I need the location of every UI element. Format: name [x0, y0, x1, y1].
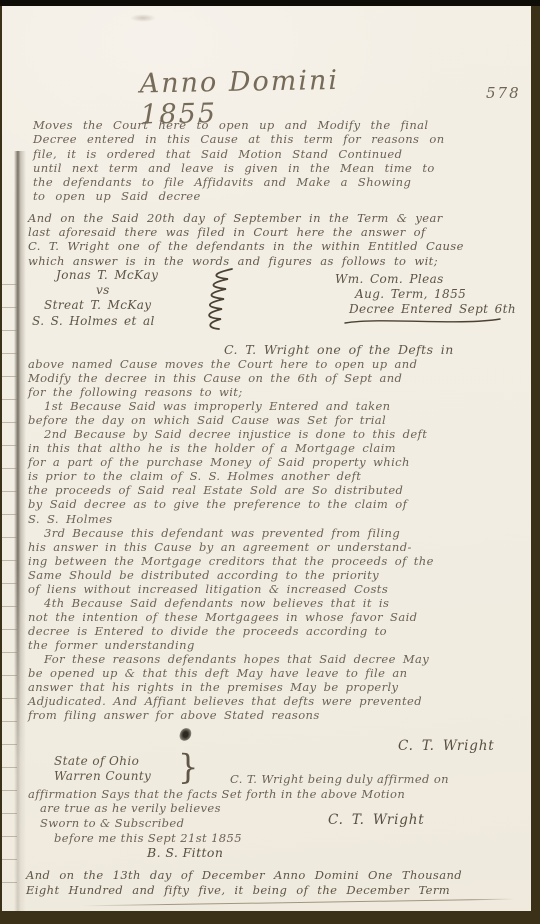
jurat-brace: } — [178, 747, 198, 787]
handwritten-line: Adjudicated. And Affiant believes that d… — [28, 694, 434, 708]
reason-line-first: 1st Because Said was improperly Entered … — [44, 399, 434, 413]
handwritten-line: for the following reasons to wit; — [28, 385, 434, 399]
smudge-mark — [130, 14, 156, 22]
handwritten-line: the former understanding — [28, 638, 434, 652]
defendant-name: S. S. Holmes et al — [32, 314, 158, 329]
versus-label: vs — [96, 283, 158, 298]
handwritten-line: which answer is in the words and figures… — [28, 254, 464, 268]
handwritten-line: the proceeds of Said real Estate Sold ar… — [28, 483, 434, 497]
coil-brace-flourish — [206, 266, 234, 332]
ruled-line-stubs — [2, 262, 17, 897]
jurat-venue: State of Ohio Warren County — [54, 754, 151, 783]
handwritten-line: be opened up & that this deft May have l… — [28, 666, 434, 680]
handwritten-line: file, it is ordered that Said Motion Sta… — [33, 147, 445, 161]
motion-intro-line: C. T. Wright one of the Defts in — [224, 342, 454, 357]
handwritten-line: Moves the Court here to open up and Modi… — [33, 118, 445, 132]
case-caption-court: Wm. Com. Pleas Aug. Term, 1855 Decree En… — [335, 272, 516, 326]
handwritten-line: decree is Entered to divide the proceeds… — [28, 624, 434, 638]
handwritten-line: For these reasons defendants hopes that … — [44, 652, 434, 666]
handwritten-line: Modify the decree in this Cause on the 6… — [28, 371, 434, 385]
handwritten-line: not the intention of these Mortgagees in… — [28, 610, 434, 624]
officer-signature: B. S. Fitton — [147, 845, 223, 860]
motion-body: above named Cause moves the Court here t… — [28, 357, 434, 722]
handwritten-line: his answer in this Cause by an agreement… — [28, 540, 434, 554]
reason-line-second: 2nd Because by Said decree injustice is … — [44, 427, 434, 441]
court-term: Aug. Term, 1855 — [355, 287, 516, 302]
signature-c-t-wright: C. T. Wright — [328, 812, 424, 828]
venue-county-line: Warren County — [54, 769, 151, 784]
page-edge-line — [82, 899, 514, 907]
ledger-paper: Anno Domini 1855 578 Moves the Court her… — [2, 6, 531, 911]
handwritten-line: until next term and leave is given in th… — [33, 161, 445, 175]
court-name: Wm. Com. Pleas — [335, 272, 516, 287]
affirmation-line: C. T. Wright being duly affirmed on — [230, 772, 449, 786]
handwritten-line: above named Cause moves the Court here t… — [28, 357, 434, 371]
reason-line-third: 3rd Because this defendant was prevented… — [44, 526, 434, 540]
handwritten-line: by Said decree as to give the preference… — [28, 497, 434, 511]
sworn-subscribed-line: Sworn to & Subscribed — [40, 816, 184, 830]
handwritten-line: And on the Said 20th day of September in… — [28, 211, 464, 225]
affirmation-line: affirmation Says that the facts Set fort… — [28, 787, 405, 801]
handwritten-line: of liens without increased litigation & … — [28, 582, 434, 596]
handwritten-line: answer that his rights in the premises M… — [28, 680, 434, 694]
page-number: 578 — [486, 84, 521, 102]
handwritten-line: Same Should be distributed according to … — [28, 568, 434, 582]
handwritten-line: in this that altho he is the holder of a… — [28, 441, 434, 455]
case-caption-parties: Jonas T. McKay vs Streat T. McKay S. S. … — [32, 268, 158, 329]
decree-entered-note: Decree Entered Sept 6th — [349, 302, 516, 317]
handwritten-line: And on the 13th day of December Anno Dom… — [26, 868, 462, 883]
handwritten-line: is prior to the claim of S. S. Holmes an… — [28, 469, 434, 483]
signature-c-t-wright: C. T. Wright — [398, 738, 494, 754]
handwritten-line: last aforesaid there was filed in Court … — [28, 225, 464, 239]
scanned-record-page: Anno Domini 1855 578 Moves the Court her… — [0, 0, 540, 924]
filing-note-paragraph: And on the Said 20th day of September in… — [28, 211, 464, 268]
handwritten-line: C. T. Wright one of the defendants in th… — [28, 239, 464, 253]
handwritten-line: from filing answer for above Stated reas… — [28, 708, 434, 722]
before-me-line: before me this Sept 21st 1855 — [54, 831, 242, 845]
handwritten-line: to open up Said decree — [33, 189, 445, 203]
defendant-name: Streat T. McKay — [44, 298, 158, 313]
handwritten-line: the defendants to file Affidavits and Ma… — [33, 175, 445, 189]
affirmation-line: are true as he verily believes — [40, 801, 221, 815]
venue-state-line: State of Ohio — [54, 754, 151, 769]
handwritten-line: ing between the Mortgage creditors that … — [28, 554, 434, 568]
handwritten-line: for a part of the purchase Money of Said… — [28, 455, 434, 469]
handwritten-line: Decree entered in this Cause at this ter… — [33, 132, 445, 146]
ink-blot — [178, 727, 192, 743]
handwritten-line: before the day on which Said Cause was S… — [28, 413, 434, 427]
order-entry-paragraph: Moves the Court here to open up and Modi… — [33, 118, 445, 204]
handwritten-line: S. S. Holmes — [28, 512, 434, 526]
handwritten-line: Eight Hundred and fifty five, it being o… — [26, 883, 462, 898]
continuation-paragraph: And on the 13th day of December Anno Dom… — [26, 868, 462, 898]
reason-line-fourth: 4th Because Said defendants now believes… — [44, 596, 434, 610]
plaintiff-name: Jonas T. McKay — [56, 268, 158, 283]
